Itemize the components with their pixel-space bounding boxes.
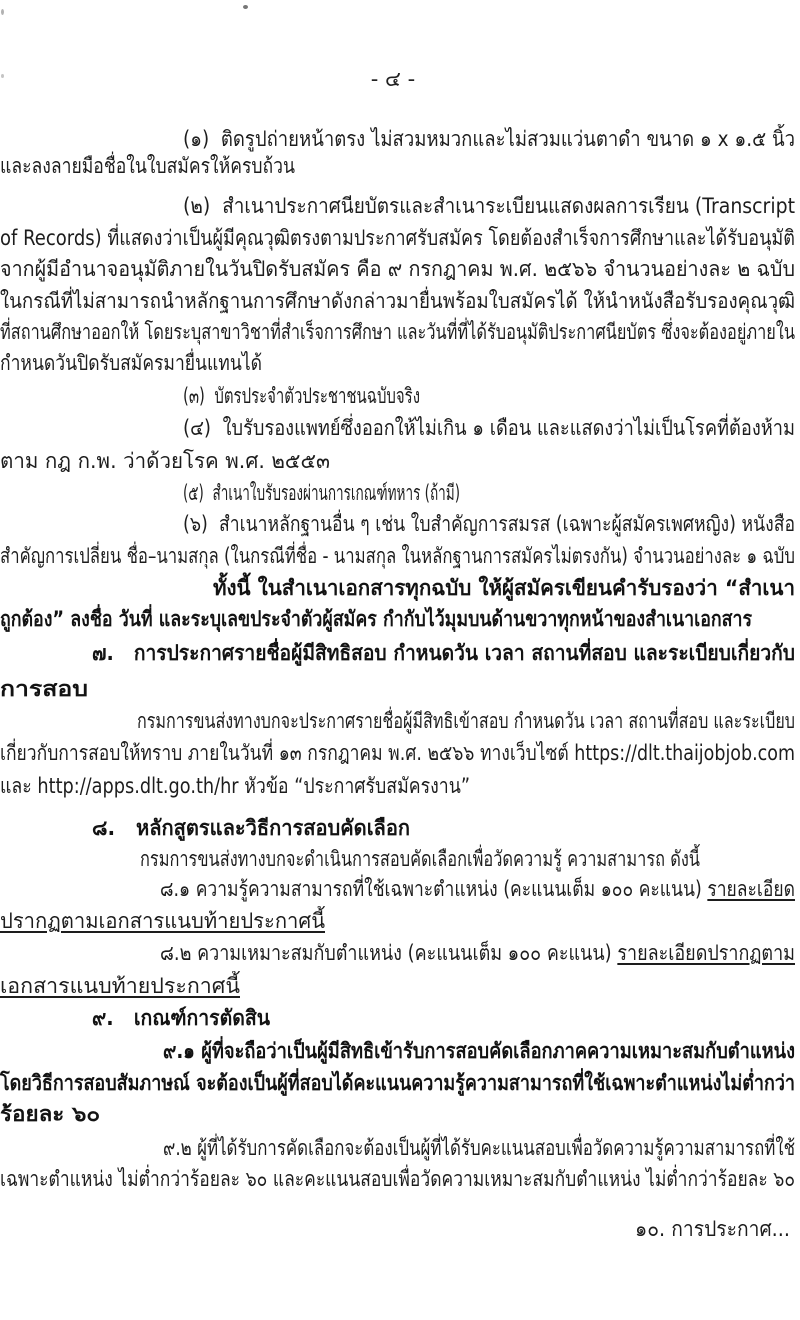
clause-2-line-3: จากผู้มีอำนาจอนุมัติภายในวันปิดรับสมัคร … — [0, 255, 795, 284]
certify-note-line-1: ทั้งนี้ ในสำเนาเอกสารทุกฉบับ ให้ผู้สมัคร… — [213, 574, 795, 603]
item-9-1-line-1: ๙.๑ ผู้ที่จะถือว่าเป็นผู้มีสิทธิเข้ารับก… — [163, 1037, 795, 1066]
continuation-marker: ๑๐. การประกาศ... — [635, 1215, 790, 1244]
item-8-1-line-1: ๘.๑ ความรู้ความสามารถที่ใช้เฉพาะตำแหน่ง … — [160, 875, 795, 904]
item-8-2-line-1: ๘.๒ ความเหมาะสมกับตำแหน่ง (คะแนนเต็ม ๑๐๐… — [160, 939, 795, 968]
clause-1-line-2: และลงลายมือชื่อในใบสมัครให้ครบถ้วน — [0, 152, 295, 181]
section-7-body-line-1: กรมการขนส่งทางบกจะประกาศรายชื่อผู้มีสิทธ… — [137, 707, 795, 736]
clause-6-line-1: (๖) สำเนาหลักฐานอื่น ๆ เช่น ใบสำคัญการสม… — [183, 510, 795, 539]
clause-1-line-1: (๑) ติดรูปถ่ายหน้าตรง ไม่สวมหมวกและไม่สว… — [183, 125, 795, 154]
section-9-heading: ๙. เกณฑ์การตัดสิน — [92, 1004, 270, 1033]
section-7-body-line-2: เกี่ยวกับการสอบให้ทราบ ภายในวันที่ ๑๓ กร… — [0, 739, 795, 768]
section-7-heading-line-2: การสอบ — [0, 675, 88, 704]
section-8-intro: กรมการขนส่งทางบกจะดำเนินการสอบคัดเลือกเพ… — [140, 845, 700, 874]
section-7-body-line-3: และ http://apps.dlt.go.th/hr หัวข้อ “ประ… — [0, 772, 470, 801]
clause-2-line-6: กำหนดวันปิดรับสมัครมายื่นแทนได้ — [0, 349, 262, 378]
clause-2-line-2: of Records) ที่แสดงว่าเป็นผู้มีคุณวุฒิตร… — [0, 224, 795, 253]
document-page: - ๔ - (๑) ติดรูปถ่ายหน้าตรง ไม่สวมหมวกแล… — [0, 0, 800, 1320]
section-8-heading: ๘. หลักสูตรและวิธีการสอบคัดเลือก — [92, 814, 410, 843]
clause-4-line-2: ตาม กฎ ก.พ. ว่าด้วยโรค พ.ศ. ๒๕๕๓ — [0, 447, 330, 476]
clause-2-line-4: ในกรณีที่ไม่สามารถนำหลักฐานการศึกษาดังกล… — [0, 287, 795, 316]
item-8-1-line-2: ปรากฏตามเอกสารแนบท้ายประกาศนี้ — [0, 907, 325, 936]
page-number: - ๔ - — [0, 63, 786, 96]
clause-3-line: (๓) บัตรประจำตัวประชาชนฉบับจริง — [183, 382, 420, 411]
item-8-2-line-2: เอกสารแนบท้ายประกาศนี้ — [0, 972, 240, 1001]
scan-speck — [1, 9, 4, 15]
item-9-2-line-1: ๙.๒ ผู้ที่ได้รับการคัดเลือกจะต้องเป็นผู้… — [163, 1134, 795, 1163]
item-9-2-line-2: เฉพาะตำแหน่ง ไม่ต่ำกว่าร้อยละ ๖๐ และคะแน… — [0, 1165, 795, 1194]
item-9-1-line-3: ร้อยละ ๖๐ — [0, 1100, 100, 1129]
clause-6-line-2: สำคัญการเปลี่ยน ชื่อ–นามสกุล (ในกรณีที่ช… — [0, 542, 795, 571]
section-7-heading-line-1: ๗. การประกาศรายชื่อผู้มีสิทธิสอบ กำหนดวั… — [92, 639, 795, 668]
scan-speck — [243, 5, 248, 9]
certify-note-line-2: ถูกต้อง” ลงชื่อ วันที่ และระบุเลขประจำตั… — [0, 605, 752, 634]
item-9-1-line-2: โดยวิธีการสอบสัมภาษณ์ จะต้องเป็นผู้ที่สอ… — [0, 1069, 795, 1098]
clause-2-line-5: ที่สถานศึกษาออกให้ โดยระบุสาขาวิชาที่สำเ… — [0, 318, 795, 347]
clause-2-line-1: (๒) สำเนาประกาศนียบัตรและสำเนาระเบียนแสด… — [183, 192, 795, 221]
clause-4-line-1: (๔) ใบรับรองแพทย์ซึ่งออกให้ไม่เกิน ๑ เดื… — [183, 414, 795, 443]
clause-5-line: (๕) สำเนาใบรับรองผ่านการเกณฑ์ทหาร (ถ้ามี… — [183, 479, 460, 508]
